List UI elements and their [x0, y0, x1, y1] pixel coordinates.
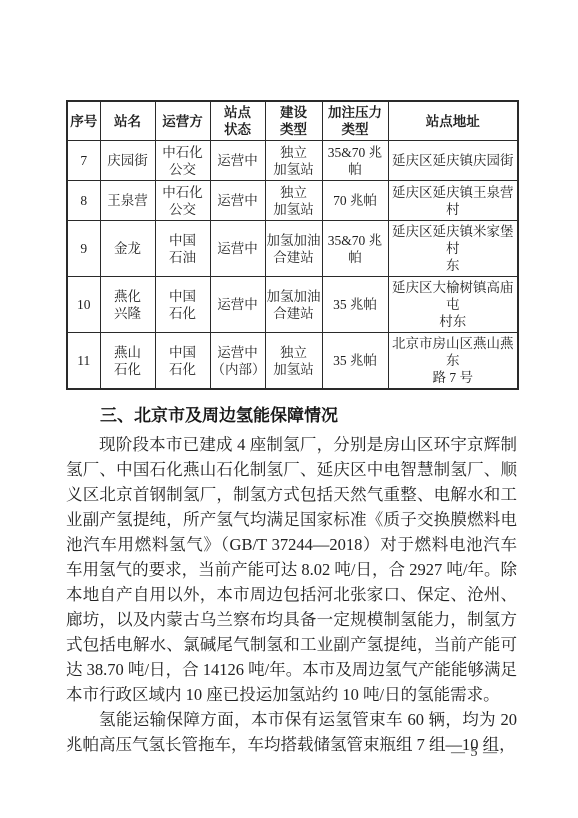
table-row: 11燕山 石化中国 石化运营中 （内部）独立 加氢站35 兆帕北京市房山区燕山燕…: [67, 333, 518, 390]
table-row: 8王泉营中石化 公交运营中独立 加氢站70 兆帕延庆区延庆镇王泉营村: [67, 181, 518, 221]
table-header-cell: 站点地址: [388, 101, 518, 141]
table-cell: 金龙: [100, 221, 155, 277]
table-cell: 延庆区延庆镇米家堡村 东: [388, 221, 518, 277]
table-header-cell: 站名: [100, 101, 155, 141]
table-cell: 7: [67, 141, 100, 181]
table-cell: 北京市房山区燕山燕东 路 7 号: [388, 333, 518, 390]
table-cell: 独立 加氢站: [265, 181, 322, 221]
table-cell: 70 兆帕: [322, 181, 388, 221]
table-header-cell: 加注压力 类型: [322, 101, 388, 141]
table-cell: 燕化 兴隆: [100, 277, 155, 333]
table-cell: 运营中: [210, 277, 265, 333]
table-body: 7庆园街中石化 公交运营中独立 加氢站35&70 兆 帕延庆区延庆镇庆园街8王泉…: [67, 141, 518, 390]
table-cell: 运营中: [210, 221, 265, 277]
table-cell: 运营中 （内部）: [210, 333, 265, 390]
table-cell: 中国 石化: [155, 277, 210, 333]
table-cell: 加氢加油 合建站: [265, 277, 322, 333]
table-header-cell: 站点 状态: [210, 101, 265, 141]
page-number: — 5 —: [451, 745, 498, 761]
table-cell: 中石化 公交: [155, 181, 210, 221]
table-cell: 延庆区延庆镇王泉营村: [388, 181, 518, 221]
table-cell: 延庆区大榆树镇高庙屯 村东: [388, 277, 518, 333]
table-cell: 中石化 公交: [155, 141, 210, 181]
table-cell: 独立 加氢站: [265, 333, 322, 390]
table-cell: 运营中: [210, 181, 265, 221]
table-cell: 加氢加油 合建站: [265, 221, 322, 277]
table-cell: 9: [67, 221, 100, 277]
table-header-cell: 序号: [67, 101, 100, 141]
table-cell: 中国 石化: [155, 333, 210, 390]
table-cell: 8: [67, 181, 100, 221]
table-cell: 燕山 石化: [100, 333, 155, 390]
table-cell: 运营中: [210, 141, 265, 181]
body-paragraph: 现阶段本市已建成 4 座制氢厂，分别是房山区环宇京辉制氢厂、中国石化燕山石化制氢…: [66, 432, 517, 707]
hydrogen-stations-table: 序号站名运营方站点 状态建设 类型加注压力 类型站点地址 7庆园街中石化 公交运…: [66, 100, 519, 390]
table-cell: 王泉营: [100, 181, 155, 221]
table-cell: 35&70 兆 帕: [322, 141, 388, 181]
table-cell: 独立 加氢站: [265, 141, 322, 181]
table-cell: 10: [67, 277, 100, 333]
table-cell: 35 兆帕: [322, 277, 388, 333]
body-text: 现阶段本市已建成 4 座制氢厂，分别是房山区环宇京辉制氢厂、中国石化燕山石化制氢…: [66, 432, 517, 757]
body-paragraph: 氢能运输保障方面，本市保有运氢管束车 60 辆，均为 20 兆帕高压气氢长管拖车…: [66, 707, 517, 757]
table-cell: 35 兆帕: [322, 333, 388, 390]
table-cell: 延庆区延庆镇庆园街: [388, 141, 518, 181]
table-row: 10燕化 兴隆中国 石化运营中加氢加油 合建站35 兆帕延庆区大榆树镇高庙屯 村…: [67, 277, 518, 333]
document-page: 序号站名运营方站点 状态建设 类型加注压力 类型站点地址 7庆园街中石化 公交运…: [66, 100, 517, 757]
table-header-cell: 建设 类型: [265, 101, 322, 141]
table-header-row: 序号站名运营方站点 状态建设 类型加注压力 类型站点地址: [67, 101, 518, 141]
table-cell: 35&70 兆 帕: [322, 221, 388, 277]
table-header-cell: 运营方: [155, 101, 210, 141]
table-cell: 中国 石油: [155, 221, 210, 277]
table-row: 7庆园街中石化 公交运营中独立 加氢站35&70 兆 帕延庆区延庆镇庆园街: [67, 141, 518, 181]
table-row: 9金龙中国 石油运营中加氢加油 合建站35&70 兆 帕延庆区延庆镇米家堡村 东: [67, 221, 518, 277]
section-heading: 三、北京市及周边氢能保障情况: [66, 404, 517, 428]
table-cell: 庆园街: [100, 141, 155, 181]
table-cell: 11: [67, 333, 100, 390]
